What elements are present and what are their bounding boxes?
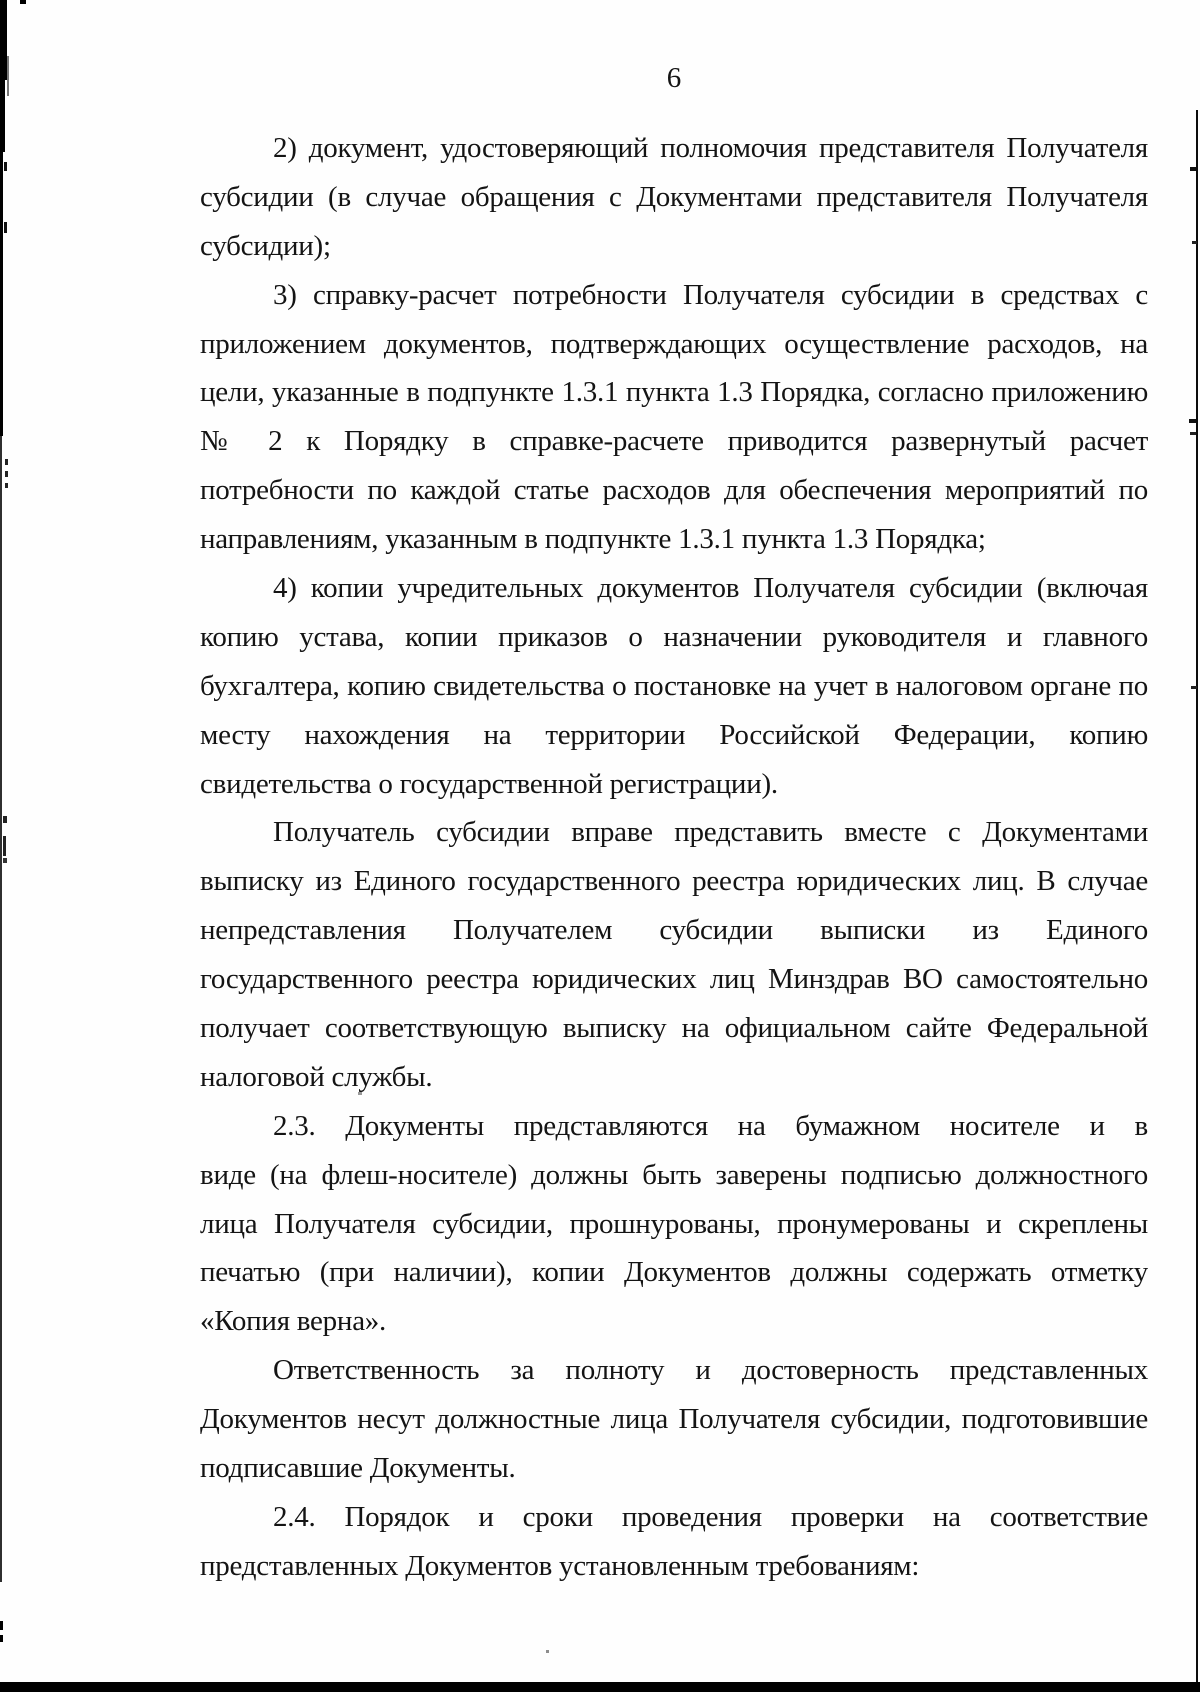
document-page: 6 2) документ, удостоверяющий полномочия…: [0, 0, 1200, 1692]
text-line: направлениям, указанным в подпункте 1.3.…: [200, 515, 1148, 564]
scan-artifact-left-bar: [0, 80, 5, 152]
scan-artifact-left-bar: [0, 152, 3, 436]
text-block: 2) документ, удостоверяющий полномочия п…: [200, 124, 1148, 1591]
scan-artifact-speck: [0, 1635, 3, 1642]
scan-artifact-bottom-bar: [0, 1682, 1200, 1692]
scan-artifact-left-line: [0, 436, 2, 1582]
text-line: 2.4. Порядок и сроки проведения проверки…: [200, 1493, 1148, 1542]
text-line: представленных Документов установленным …: [200, 1542, 1148, 1591]
scan-artifact-right-line: [1196, 110, 1198, 1682]
scan-artifact-speck: [1192, 241, 1197, 244]
scan-artifact-speck: [4, 222, 7, 233]
text-line: свидетельства о государственной регистра…: [200, 760, 1148, 809]
scan-artifact-speck: [7, 56, 9, 96]
text-line: 3) справку-расчет потребности Получателя…: [200, 271, 1148, 320]
scan-artifact-speck: [3, 836, 6, 856]
text-line: 2) документ, удостоверяющий полномочия п…: [200, 124, 1148, 173]
text-line: 4) копии учредительных документов Получа…: [200, 564, 1148, 613]
scan-artifact-speck: [5, 459, 8, 465]
text-line: получает соответствующую выписку на офиц…: [200, 1004, 1148, 1053]
text-line: Получатель субсидии вправе представить в…: [200, 808, 1148, 857]
scan-artifact-speck: [1191, 686, 1197, 689]
text-line: субсидии (в случае обращения с Документа…: [200, 173, 1148, 222]
text-line: лица Получателя субсидии, прошнурованы, …: [200, 1200, 1148, 1249]
text-line: подписавшие Документы.: [200, 1444, 1148, 1493]
text-line: виде (на флеш-носителе) должны быть заве…: [200, 1151, 1148, 1200]
text-line: 2.3. Документы представляются на бумажно…: [200, 1102, 1148, 1151]
text-line: месту нахождения на территории Российско…: [200, 711, 1148, 760]
text-line: приложением документов, подтверждающих о…: [200, 320, 1148, 369]
text-line: «Копия верна».: [200, 1297, 1148, 1346]
page-number: 6: [200, 63, 1148, 93]
scan-artifact-speck: [3, 816, 7, 823]
scan-artifact-speck: [0, 1621, 3, 1630]
scan-artifact-dot: [546, 1650, 549, 1653]
text-line: непредставления Получателем субсидии вып…: [200, 906, 1148, 955]
text-line: выписку из Единого государственного реес…: [200, 857, 1148, 906]
scan-artifact-speck: [1190, 432, 1196, 435]
scan-artifact-speck: [4, 162, 7, 171]
scan-artifact-speck: [5, 483, 8, 488]
scan-artifact-speck: [20, 0, 26, 4]
text-line: цели, указанные в подпункте 1.3.1 пункта…: [200, 368, 1148, 417]
scan-artifact-speck: [5, 471, 8, 477]
text-line: налоговой службы.: [200, 1053, 1148, 1102]
text-line: Документов несут должностные лица Получа…: [200, 1395, 1148, 1444]
scan-artifact-speck: [1190, 167, 1196, 171]
text-line: копию устава, копии приказов о назначени…: [200, 613, 1148, 662]
scan-artifact-left-bar: [0, 0, 7, 80]
text-line: потребности по каждой статье расходов дл…: [200, 466, 1148, 515]
scan-artifact-speck: [1189, 419, 1196, 423]
text-line: печатью (при наличии), копии Документов …: [200, 1248, 1148, 1297]
text-line: № 2 к Порядку в справке-расчете приводит…: [200, 417, 1148, 466]
text-line: субсидии);: [200, 222, 1148, 271]
text-line: Ответственность за полноту и достовернос…: [200, 1346, 1148, 1395]
text-line: государственного реестра юридических лиц…: [200, 955, 1148, 1004]
text-line: бухгалтера, копию свидетельства о постан…: [200, 662, 1148, 711]
scan-artifact-speck: [3, 858, 7, 863]
